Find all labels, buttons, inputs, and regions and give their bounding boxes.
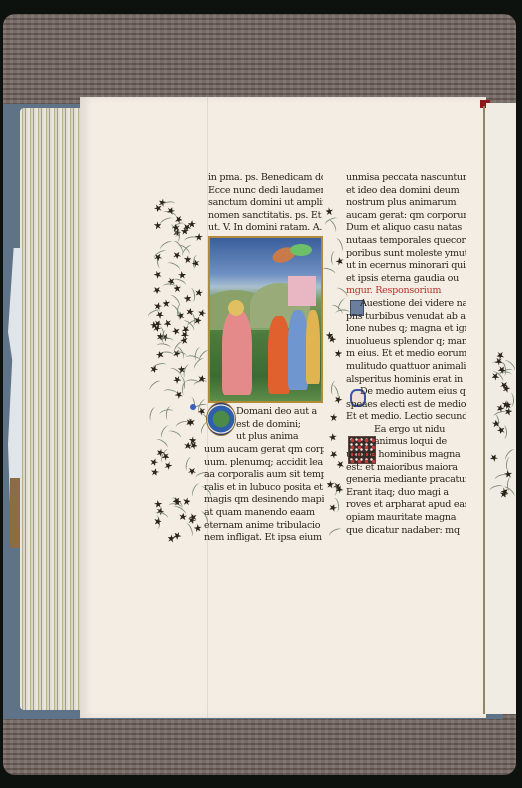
text-line: roves et arpharat apud eas bbox=[346, 499, 466, 512]
vine-stem bbox=[182, 363, 193, 378]
green-dragon bbox=[290, 244, 312, 256]
vine-stem bbox=[187, 288, 196, 303]
ivy-leaf-icon bbox=[194, 289, 203, 297]
text-line: ut in ecernus minorari qui bbox=[346, 260, 466, 273]
text-line: inuolueus splendor q; mamu bbox=[346, 336, 466, 349]
ivy-leaf-icon bbox=[153, 269, 164, 280]
vine-stem bbox=[330, 251, 338, 266]
vine-stem bbox=[172, 350, 187, 359]
text-line: est: et maioribus maiora bbox=[346, 462, 466, 475]
vine-stem bbox=[184, 235, 199, 244]
vine-stem bbox=[147, 379, 162, 393]
text-line: ut plus anima bbox=[236, 431, 326, 444]
ivy-leaf-icon bbox=[183, 497, 191, 506]
text-line: Domani deo aut a bbox=[236, 406, 326, 419]
ivy-leaf-icon bbox=[167, 534, 177, 544]
left-foliate-border bbox=[150, 198, 208, 550]
ivy-leaf-icon bbox=[336, 460, 344, 469]
ivy-leaf-icon bbox=[325, 207, 334, 216]
text-line: unmisa peccata nascuntur. bbox=[346, 172, 466, 185]
vine-stem bbox=[507, 393, 514, 407]
ivy-leaf-icon bbox=[330, 412, 339, 422]
text-line: nem infligat. Et ipsa eium bbox=[204, 532, 324, 545]
ivy-leaf-icon bbox=[150, 468, 160, 478]
text-line: speaes electi est de medio ignis. bbox=[346, 399, 466, 412]
text-line: alsperitus hominis erat in eas. R. bbox=[346, 374, 466, 387]
text-line: magis qm desinendo mapi bbox=[204, 494, 324, 507]
ivy-leaf-icon bbox=[197, 309, 207, 319]
text-line: poribus sunt moleste ymut bbox=[346, 248, 466, 261]
vine-stem bbox=[182, 522, 194, 538]
text-line: opiam mauritate magna bbox=[346, 512, 466, 525]
text-line: Ecce nunc dedi laudamente nom bbox=[208, 185, 323, 198]
text-line: uum. plenumq; accidit lea bbox=[204, 457, 324, 470]
text-line: uro de hominibus magna bbox=[346, 449, 466, 462]
vine-stem bbox=[167, 429, 183, 442]
vine-stem bbox=[328, 527, 344, 540]
page-block-edges bbox=[20, 108, 82, 710]
historiated-initial-o bbox=[206, 402, 236, 436]
text-line: animus loqui de bbox=[346, 436, 466, 449]
text-line: at quam manendo eaam bbox=[204, 507, 324, 520]
yellow-robed-figure bbox=[306, 310, 320, 384]
text-line: et ipsis eterna gaudia ou bbox=[346, 273, 466, 286]
vine-stem bbox=[331, 497, 340, 512]
text-line: generia mediante pracatur. bbox=[346, 474, 466, 487]
halo bbox=[228, 300, 244, 316]
text-line: nutaas temporales quecor: bbox=[346, 235, 466, 248]
vine-stem bbox=[148, 407, 159, 422]
text-line: est de domini; bbox=[236, 419, 326, 432]
ivy-leaf-icon bbox=[193, 523, 204, 534]
blue-flower-icon bbox=[190, 404, 196, 410]
text-line: aucam gerat: qm corporum. bbox=[346, 210, 466, 223]
text-line: ut. V. In domini ratam. A. L. i. bbox=[208, 222, 323, 235]
text-line: m eius. Et et medio eorum si bbox=[346, 348, 466, 361]
text-line: sanctum domini ut amplificate bbox=[208, 197, 323, 210]
ivy-leaf-icon bbox=[333, 349, 343, 359]
text-line: pns turbibus venudat ab aqui bbox=[346, 311, 466, 324]
vine-stem bbox=[166, 261, 182, 274]
text-line: De medio autem eius qs bbox=[346, 386, 466, 399]
vine-stem bbox=[175, 420, 191, 431]
ivy-leaf-icon bbox=[153, 500, 163, 510]
left-column-top-text: in pma. ps. Benedicam domini. A. Ecce nu… bbox=[208, 172, 323, 235]
vine-stem bbox=[163, 388, 178, 398]
text-line: Et et medio. Lectio secunda. bbox=[346, 411, 466, 424]
vine-stem bbox=[500, 425, 507, 439]
ivy-leaf-icon bbox=[171, 327, 180, 336]
text-line: nostrum plus animarum bbox=[346, 197, 466, 210]
center-foliate-border bbox=[325, 200, 345, 550]
text-line: mulitudo quattuor animalium bbox=[346, 361, 466, 374]
vine-stem bbox=[161, 200, 176, 209]
text-line: Erant itaq; duo magi a bbox=[346, 487, 466, 500]
rubric-line: mgur. Responsorium bbox=[346, 285, 466, 298]
text-line: nomen sanctitatis. ps. Et cuda bbox=[208, 210, 323, 223]
text-line: Auestione dei videre nat bbox=[346, 298, 466, 311]
text-line: lone nubes q; magna et ignis bbox=[346, 323, 466, 336]
vine-stem bbox=[162, 283, 176, 291]
castle bbox=[288, 276, 316, 306]
ivy-leaf-icon bbox=[163, 318, 173, 328]
facing-page-foliate-border bbox=[490, 350, 515, 500]
ivy-leaf-icon bbox=[495, 351, 504, 360]
ivy-leaf-icon bbox=[150, 458, 160, 467]
left-column-bottom-text: uum aucam gerat qm corpo uum. plenumq; a… bbox=[204, 444, 324, 545]
text-line: in pma. ps. Benedicam domini. A. bbox=[208, 172, 323, 185]
edge-stain bbox=[10, 478, 20, 548]
text-line: eternam anime tribulacio bbox=[204, 520, 324, 533]
text-line: ralis et in lubuco posita et bbox=[204, 482, 324, 495]
saint-john-figure bbox=[222, 310, 252, 395]
gutter bbox=[483, 106, 485, 714]
text-line: Dum et aliquo casu natas bbox=[346, 222, 466, 235]
text-line: Ea ergo ut nidu bbox=[346, 424, 466, 437]
text-line: et ideo dea domini deum bbox=[346, 185, 466, 198]
left-column-bottom-text: Domani deo aut a est de domini; ut plus … bbox=[236, 406, 326, 444]
blue-robed-figure bbox=[288, 310, 308, 390]
text-line: aa corporalis aum sit tempo bbox=[204, 469, 324, 482]
ivy-leaf-icon bbox=[330, 449, 339, 459]
ivy-leaf-icon bbox=[328, 433, 339, 444]
text-line: uum aucam gerat qm corpo bbox=[204, 444, 324, 457]
vine-stem bbox=[506, 477, 514, 492]
text-line: que dicatur nadaber: mq bbox=[346, 525, 466, 538]
miniature-painting bbox=[208, 236, 323, 403]
ivy-leaf-icon bbox=[153, 286, 161, 293]
ivy-leaf-icon bbox=[172, 530, 183, 541]
red-robed-figure bbox=[268, 316, 290, 394]
right-column-text: unmisa peccata nascuntur. et ideo dea do… bbox=[346, 172, 466, 537]
ivy-leaf-icon bbox=[489, 453, 499, 463]
